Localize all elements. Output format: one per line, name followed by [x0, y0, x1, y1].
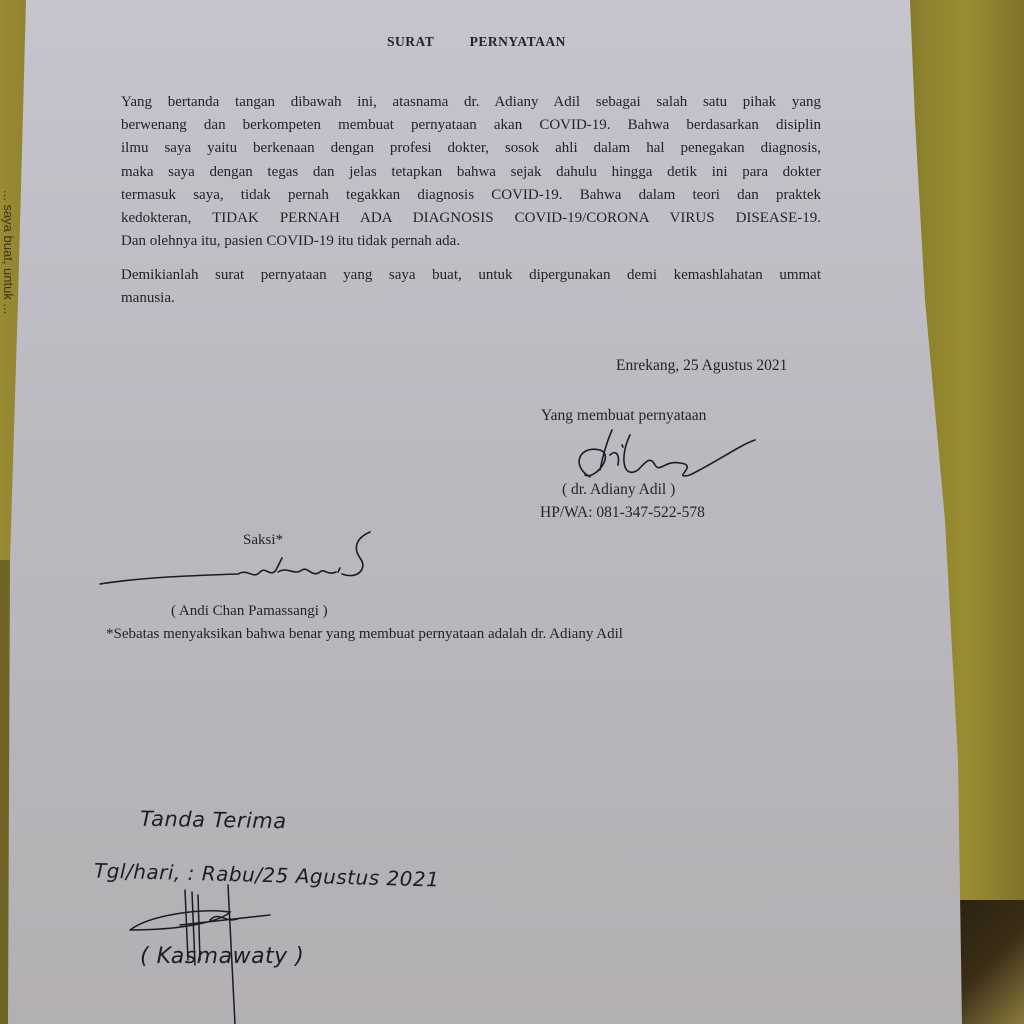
- paragraph-line: Dan olehnya itu, pasien COVID-19 itu tid…: [121, 230, 821, 253]
- statement-paragraph: Yang bertanda tangan dibawah ini, atasna…: [121, 91, 821, 253]
- witness-signature: [98, 528, 388, 588]
- document-title: SURAT PERNYATAAN: [387, 34, 566, 50]
- paragraph-line: berwenang dan berkompeten membuat pernya…: [121, 114, 821, 137]
- closing-paragraph: Demikianlah surat pernyataan yang saya b…: [121, 264, 821, 310]
- witness-name: ( Andi Chan Pamassangi ): [171, 603, 328, 620]
- maker-name: ( dr. Adiany Adil ): [562, 481, 675, 499]
- folder-text: ... saya buat, untuk ...: [1, 190, 16, 314]
- paragraph-line: maka saya dengan tegas dan jelas tetapka…: [121, 161, 821, 184]
- receiver-name: ( Kasmawaty ): [140, 944, 304, 969]
- receipt-title: Tanda Terima: [140, 807, 287, 834]
- paragraph-line: kedokteran, TIDAK PERNAH ADA DIAGNOSIS C…: [121, 207, 821, 230]
- maker-phone: HP/WA: 081-347-522-578: [540, 504, 705, 522]
- maker-label: Yang membuat pernyataan: [541, 407, 706, 425]
- paragraph-line: manusia.: [121, 287, 821, 310]
- witness-note: *Sebatas menyaksikan bahwa benar yang me…: [106, 626, 623, 643]
- paper-sheet: SURAT PERNYATAAN Yang bertanda tangan di…: [0, 0, 1024, 1024]
- paragraph-line: Demikianlah surat pernyataan yang saya b…: [121, 264, 821, 287]
- paragraph-line: ilmu saya yaitu berkenaan dengan profesi…: [121, 137, 821, 160]
- dark-surface: [955, 900, 1024, 1024]
- place-date: Enrekang, 25 Agustus 2021: [616, 357, 787, 375]
- paragraph-line: termasuk saya, tidak pernah tegakkan dia…: [121, 184, 821, 207]
- paragraph-line: Yang bertanda tangan dibawah ini, atasna…: [121, 91, 821, 114]
